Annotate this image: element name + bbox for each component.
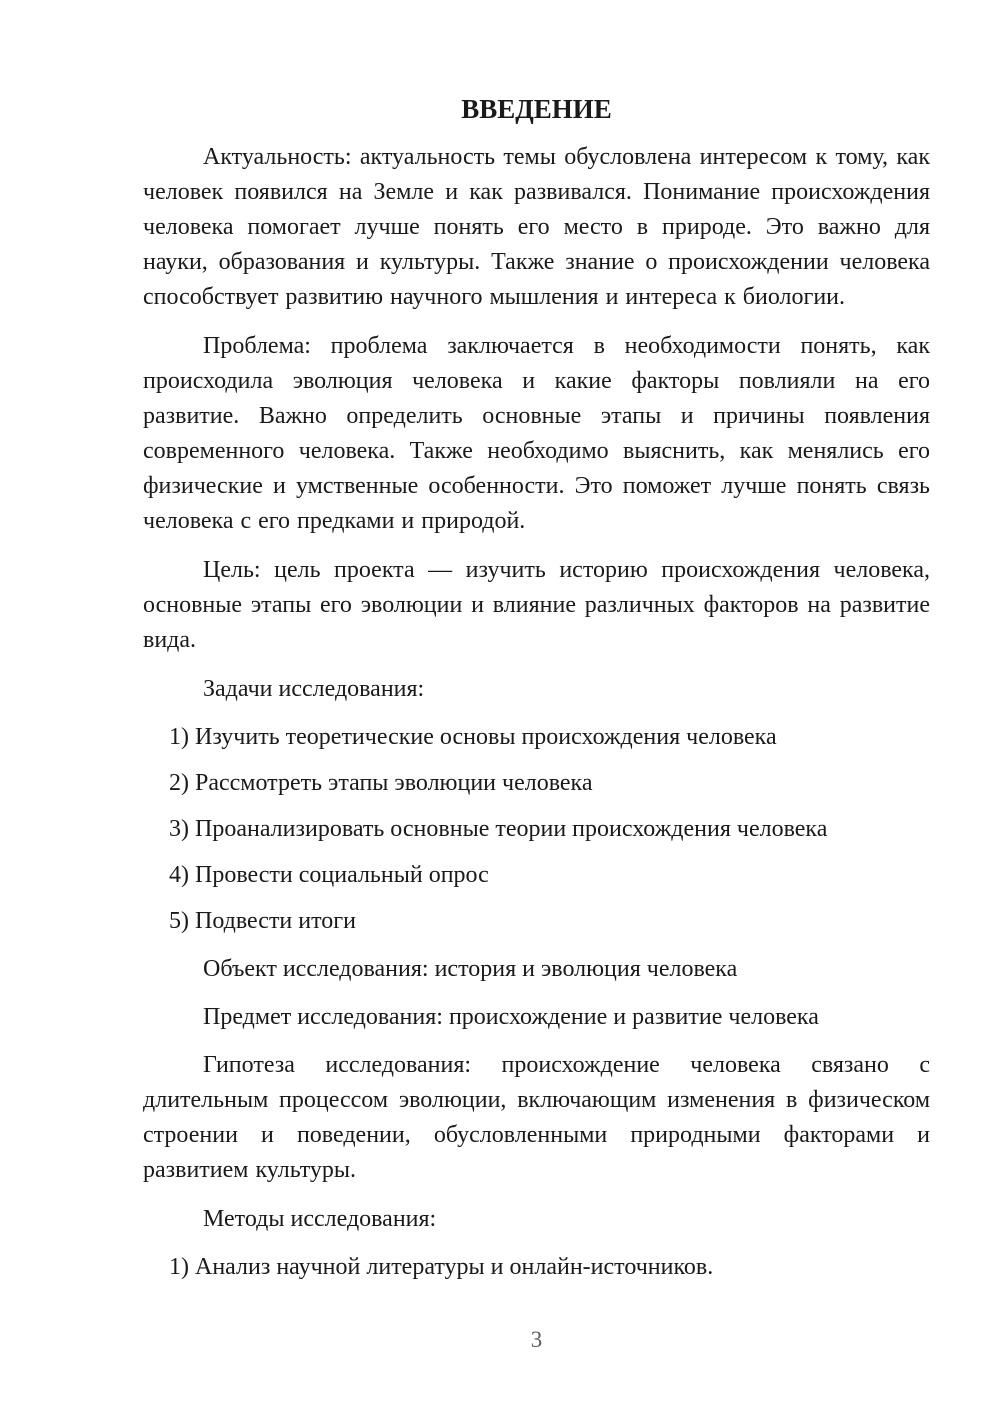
task-item-2: 2) Рассмотреть этапы эволюции человека: [169, 766, 930, 801]
document-title: ВВЕДЕНИЕ: [143, 92, 930, 127]
paragraph-problem: Проблема: проблема заключается в необход…: [143, 329, 930, 539]
tasks-list: 1) Изучить теоретические основы происхож…: [143, 720, 930, 939]
task-item-1: 1) Изучить теоретические основы происхож…: [169, 720, 930, 755]
methods-heading: Методы исследования:: [143, 1202, 930, 1237]
paragraph-goal: Цель: цель проекта — изучить историю про…: [143, 553, 930, 658]
method-item-1: 1) Анализ научной литературы и онлайн-ис…: [169, 1250, 930, 1285]
object-line: Объект исследования: история и эволюция …: [143, 952, 930, 987]
subject-line: Предмет исследования: происхождение и ра…: [143, 1000, 930, 1035]
tasks-heading: Задачи исследования:: [143, 672, 930, 707]
document-page: ВВЕДЕНИЕ Актуальность: актуальность темы…: [0, 0, 1000, 1414]
page-content: ВВЕДЕНИЕ Актуальность: актуальность темы…: [143, 92, 930, 1285]
methods-list: 1) Анализ научной литературы и онлайн-ис…: [143, 1250, 930, 1285]
paragraph-relevance: Актуальность: актуальность темы обусловл…: [143, 140, 930, 315]
paragraph-hypothesis: Гипотеза исследования: происхождение чел…: [143, 1048, 930, 1188]
task-item-3: 3) Проанализировать основные теории прои…: [169, 812, 930, 847]
task-item-4: 4) Провести социальный опрос: [169, 858, 930, 893]
task-item-5: 5) Подвести итоги: [169, 904, 930, 939]
page-number: 3: [143, 1325, 930, 1355]
